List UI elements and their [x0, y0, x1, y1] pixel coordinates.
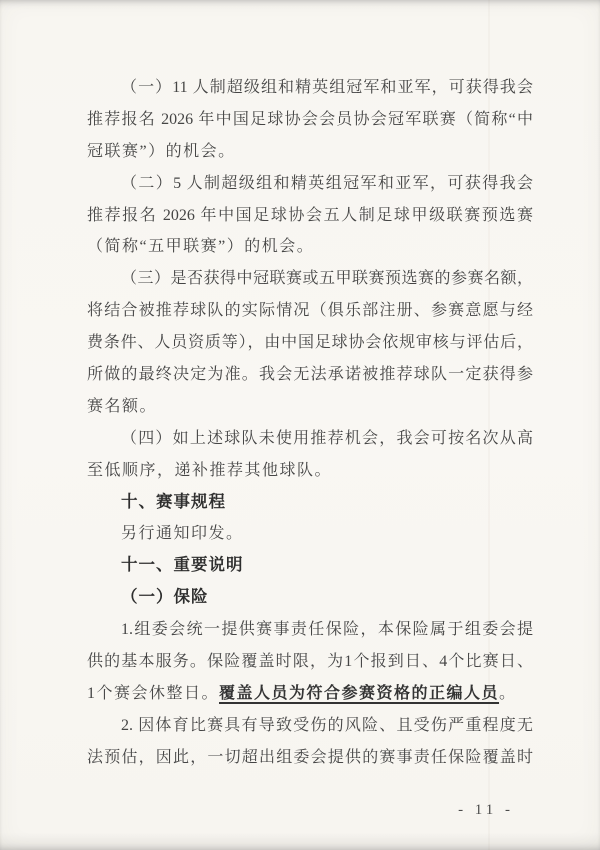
text-line: （四）如上述球队未使用推荐机会，我会可按名次从高	[87, 423, 533, 455]
text-line: 冠联赛”）的机会。	[87, 136, 533, 168]
text-segment: 1个赛会休整日。	[87, 685, 219, 702]
text-line: 所做的最终决定为准。我会无法承诺被推荐球队一定获得参	[87, 359, 533, 391]
section-heading: 十、赛事规程	[87, 487, 533, 519]
emphasized-underlined-text: 覆盖人员为符合参赛资格的正编人员	[219, 685, 499, 702]
text-line: （简称“五甲联赛”）的机会。	[87, 231, 533, 263]
text-line: 1.组委会统一提供赛事责任保险，本保险属于组委会提	[87, 614, 533, 646]
text-line: 法预估，因此，一切超出组委会提供的赛事责任保险覆盖时	[87, 742, 533, 774]
text-line: 费条件、人员资质等），由中国足球协会依规审核与评估后，	[87, 327, 533, 359]
text-line: 至低顺序，递补推荐其他球队。	[87, 455, 533, 487]
text-line: 推荐报名 2026 年中国足球协会会员协会冠军联赛（简称“中	[87, 104, 533, 136]
document-text-block: （一）11 人制超级组和精英组冠军和亚军，可获得我会推荐报名 2026 年中国足…	[87, 72, 533, 774]
page-number: - 11 -	[458, 800, 514, 820]
text-line: 2. 因体育比赛具有导致受伤的风险、且受伤严重程度无	[87, 710, 533, 742]
text-segment: 。	[499, 685, 517, 702]
section-heading: （一）保险	[87, 582, 533, 614]
text-line: （一）11 人制超级组和精英组冠军和亚军，可获得我会	[87, 72, 533, 104]
text-line: 赛名额。	[87, 391, 533, 423]
text-line: 推荐报名 2026 年中国足球协会五人制足球甲级联赛预选赛	[87, 200, 533, 232]
text-line: 1个赛会休整日。覆盖人员为符合参赛资格的正编人员。	[87, 678, 533, 710]
section-heading: 十一、重要说明	[87, 550, 533, 582]
text-line: 供的基本服务。保险覆盖时限，为1个报到日、4个比赛日、	[87, 646, 533, 678]
text-line: 另行通知印发。	[87, 518, 533, 550]
text-line: 将结合被推荐球队的实际情况（俱乐部注册、参赛意愿与经	[87, 295, 533, 327]
document-page: （一）11 人制超级组和精英组冠军和亚军，可获得我会推荐报名 2026 年中国足…	[0, 0, 600, 850]
text-line: （三）是否获得中冠联赛或五甲联赛预选赛的参赛名额，	[87, 263, 533, 295]
text-line: （二）5 人制超级组和精英组冠军和亚军，可获得我会	[87, 168, 533, 200]
